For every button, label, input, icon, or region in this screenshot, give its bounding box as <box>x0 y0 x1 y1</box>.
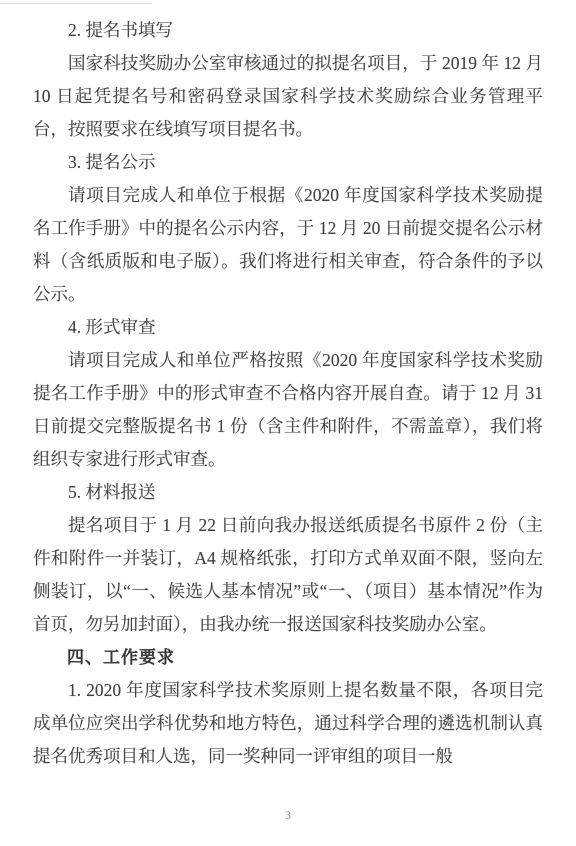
scan-artifact-line <box>0 3 152 4</box>
section-heading-work-requirements: 四、工作要求 <box>33 641 543 674</box>
section-paragraph-2: 国家科技奖励办公室审核通过的拟提名项目，于 2019 年 12 月 10 日起凭… <box>33 47 543 146</box>
section-paragraph-3: 请项目完成人和单位于根据《2020 年度国家科学技术奖励提名工作手册》中的提名公… <box>33 179 543 311</box>
section-heading-4: 4. 形式审查 <box>33 311 543 344</box>
document-content: 2. 提名书填写 国家科技奖励办公室审核通过的拟提名项目，于 2019 年 12… <box>33 14 543 773</box>
section-paragraph-4: 请项目完成人和单位严格按照《2020 年度国家科学技术奖励提名工作手册》中的形式… <box>33 344 543 476</box>
section-heading-3: 3. 提名公示 <box>33 146 543 179</box>
page-number: 3 <box>0 808 576 823</box>
section-paragraph-5: 提名项目于 1 月 22 日前向我办报送纸质提名书原件 2 份（主件和附件一并装… <box>33 509 543 641</box>
section-heading-5: 5. 材料报送 <box>33 476 543 509</box>
document-page: 2. 提名书填写 国家科技奖励办公室审核通过的拟提名项目，于 2019 年 12… <box>0 0 576 846</box>
section-paragraph-work-requirements: 1. 2020 年度国家科学技术奖原则上提名数量不限，各项目完成单位应突出学科优… <box>33 674 543 773</box>
section-heading-2: 2. 提名书填写 <box>33 14 543 47</box>
